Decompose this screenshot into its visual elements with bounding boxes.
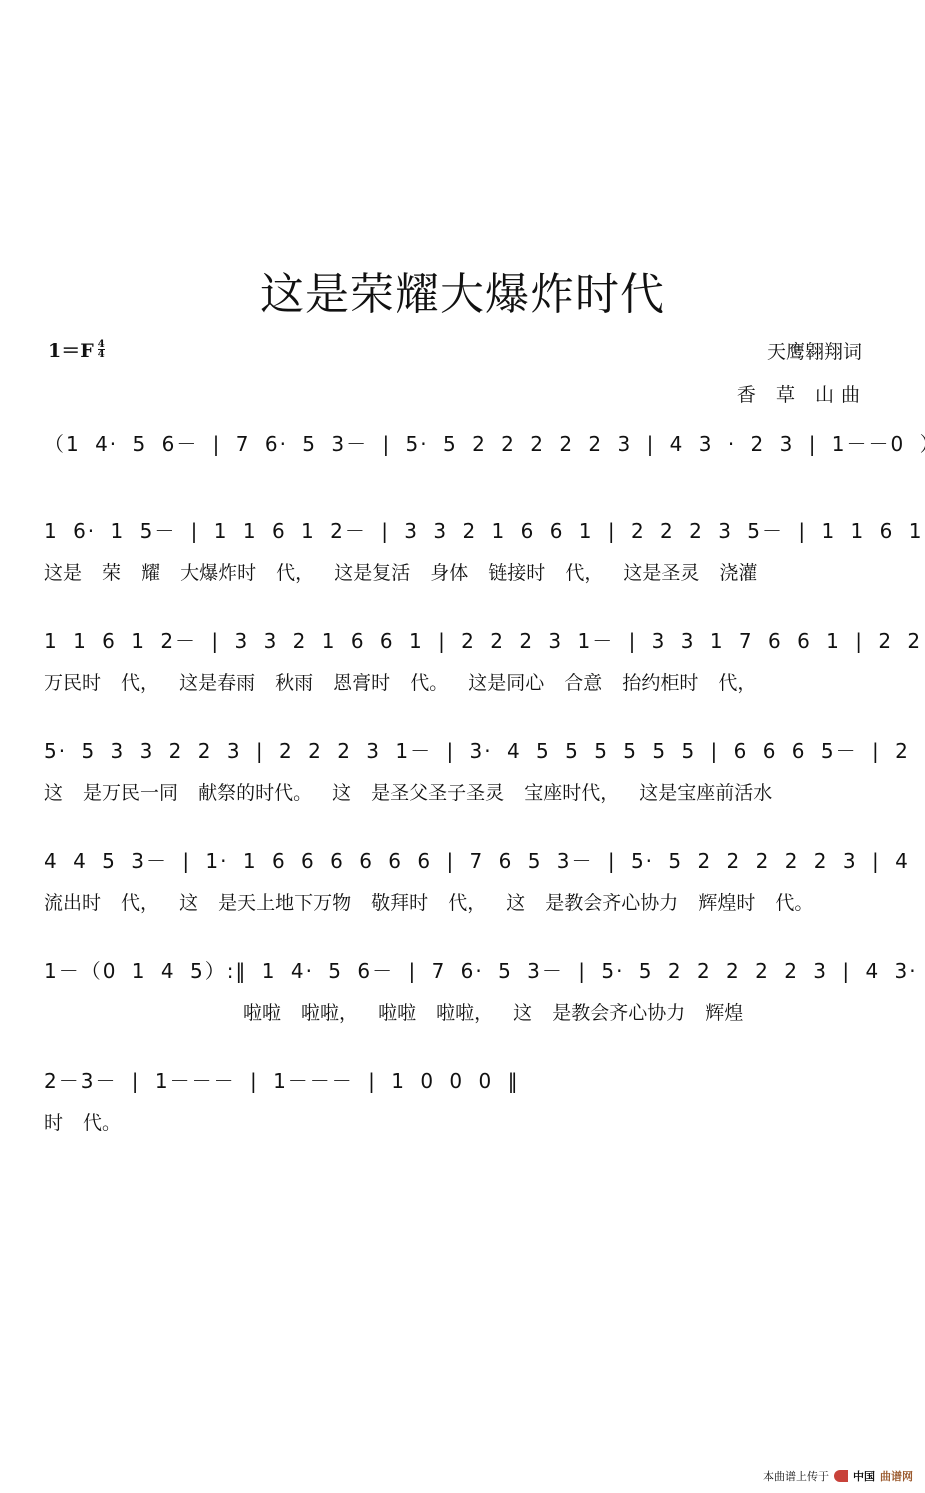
footer-text: 本曲谱上传于 xyxy=(763,1468,829,1484)
lyrics-line: 万民时 代， 这是春雨 秋雨 恩膏时 代。 这是同心 合意 抬约柜时 代， xyxy=(44,668,756,695)
site-logo-icon xyxy=(834,1470,848,1482)
key-signature: 1＝F 4 4 xyxy=(48,336,105,363)
footer-watermark: 本曲谱上传于 中国曲谱网 xyxy=(763,1468,913,1484)
composer-credit: 香 草 山曲 xyxy=(737,380,867,407)
notation-line: 5· 5 3 3 2 2 3 | 2 2 2 3 1－ | 3· 4 5 5 5… xyxy=(44,735,874,765)
notation-line: 2－3－ | 1－－－ | 1－－－ | 1 0 0 0 ‖ xyxy=(44,1065,874,1095)
song-title: 这是荣耀大爆炸时代 xyxy=(0,258,925,322)
brand-name-b: 曲谱网 xyxy=(880,1468,913,1484)
lyrics-line: 这 是万民一同 献祭的时代。 这 是圣父圣子圣灵 宝座时代， 这是宝座前活水 xyxy=(44,778,772,805)
lyrics-line: 流出时 代， 这 是天上地下万物 敬拜时 代， 这 是教会齐心协力 辉煌时 代。 xyxy=(44,888,813,915)
lyrics-line: 时 代。 xyxy=(44,1108,121,1135)
notation-line: 1 1 6 1 2－ | 3 3 2 1 6 6 1 | 2 2 2 3 1－ … xyxy=(44,625,874,655)
lyrics-line: 这是 荣 耀 大爆炸时 代， 这是复活 身体 链接时 代， 这是圣灵 浇灌 xyxy=(44,558,757,585)
notation-line: 1－（0 1 4 5）:‖ 1 4· 5 6－ | 7 6· 5 3－ | 5·… xyxy=(44,955,874,985)
notation-line: 1 6· 1 5－ | 1 1 6 1 2－ | 3 3 2 1 6 6 1 |… xyxy=(44,515,874,545)
brand-name-a: 中国 xyxy=(853,1468,875,1484)
notation-line: 4 4 5 3－ | 1· 1 6 6 6 6 6 6 | 7 6 5 3－ |… xyxy=(44,845,874,875)
key-label: 1＝F xyxy=(48,336,94,363)
time-signature: 4 4 xyxy=(98,340,105,359)
lyricist-credit: 天鹰翱翔词 xyxy=(767,337,862,364)
lyrics-line: 啦啦 啦啦， 啦啦 啦啦， 这 是教会齐心协力 辉煌 xyxy=(243,998,743,1025)
notation-line: （1 4· 5 6－ | 7 6· 5 3－ | 5· 5 2 2 2 2 2 … xyxy=(44,428,874,458)
